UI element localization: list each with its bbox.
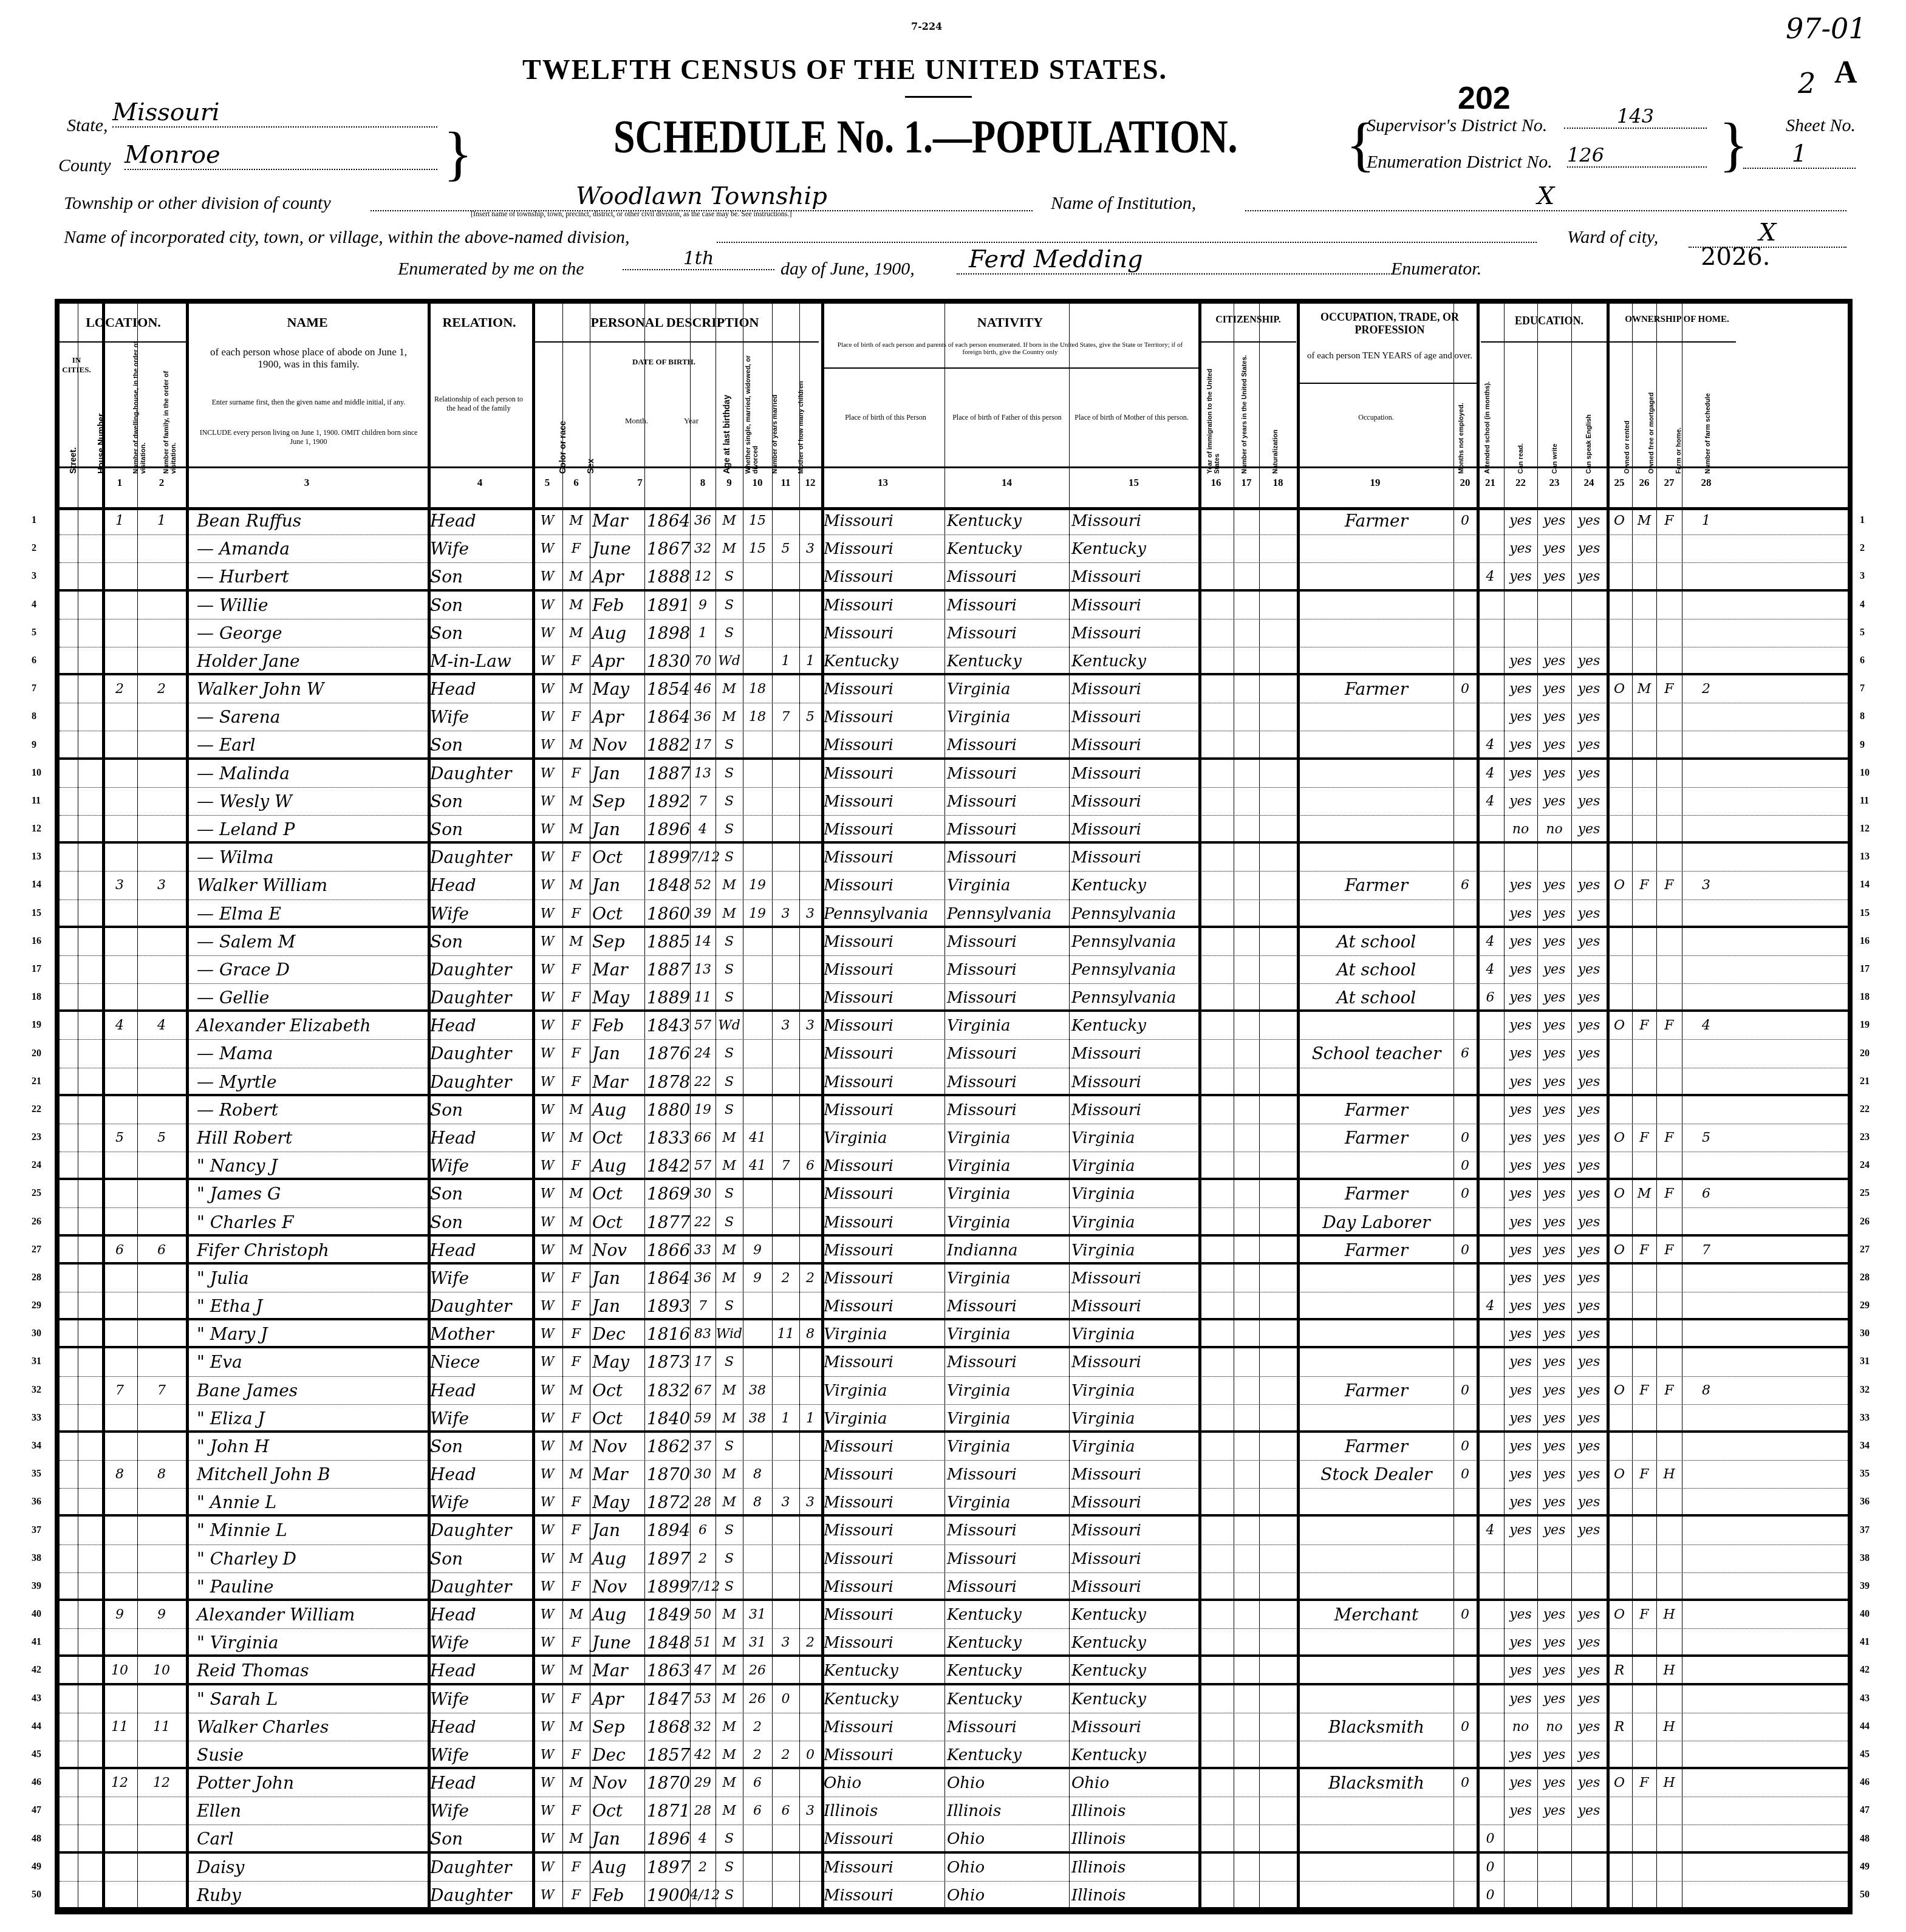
cell-farm xyxy=(1656,1040,1682,1067)
header-citizenship: CITIZENSHIP. xyxy=(1200,315,1296,326)
cell-bp: Illinois xyxy=(821,1797,944,1824)
cell-color: W xyxy=(532,900,562,926)
cell-mar: M xyxy=(716,900,743,926)
vheader-family: Number of family, in the order of visita… xyxy=(163,340,177,474)
cell-cl: 8 xyxy=(799,1320,821,1346)
cell-mar: S xyxy=(716,592,743,619)
cell-mo xyxy=(772,984,799,1009)
cell-eng: yes xyxy=(1571,788,1607,815)
line-number: 14 xyxy=(32,879,41,890)
cell-unemp xyxy=(1453,1825,1477,1851)
cell-bf: Ohio xyxy=(944,1825,1069,1851)
cell-age: 7 xyxy=(690,788,716,815)
cell-fs xyxy=(1682,1545,1730,1572)
vheader-attended-school: Attended school (in months). xyxy=(1484,352,1491,474)
cell-unemp: 0 xyxy=(1453,675,1477,703)
cell-mo xyxy=(772,1237,799,1262)
line-number: 12 xyxy=(1860,824,1870,835)
cell-farm xyxy=(1656,1068,1682,1094)
cell-year: 1830 xyxy=(644,647,690,673)
cell-unemp xyxy=(1453,956,1477,983)
column-number: 17 xyxy=(1234,477,1259,489)
cell-write: yes xyxy=(1537,900,1571,926)
cell-write: yes xyxy=(1537,1096,1571,1124)
cell-fam xyxy=(137,984,186,1009)
line-number: 48 xyxy=(1860,1834,1870,1845)
cell-farm xyxy=(1656,1517,1682,1544)
cell-farm: F xyxy=(1656,1180,1682,1207)
table-row: 11Bean RuffusHeadWMMar186436M15MissouriK… xyxy=(60,507,1848,535)
cell-bm: Virginia xyxy=(1069,1209,1198,1234)
cell-bf: Virginia xyxy=(944,1124,1069,1152)
cell-school xyxy=(1477,1209,1504,1234)
column-number: 18 xyxy=(1259,477,1297,489)
cell-school xyxy=(1477,1545,1504,1572)
township-note: [Insert name of township, town, precinct… xyxy=(471,210,792,219)
cell-bm: Missouri xyxy=(1069,620,1198,647)
column-number: 2 xyxy=(137,477,186,489)
line-number: 5 xyxy=(32,627,36,638)
cell-school xyxy=(1477,1237,1504,1262)
cell-mar: S xyxy=(716,1040,743,1067)
cell-cl: 3 xyxy=(799,1797,821,1824)
cell-bf: Virginia xyxy=(944,1433,1069,1460)
cell-name: " Pauline xyxy=(186,1573,428,1599)
cell-bf: Missouri xyxy=(944,1040,1069,1067)
corner-number: 97-01 xyxy=(1786,12,1867,45)
cell-farm xyxy=(1656,1854,1682,1881)
cell-mar: M xyxy=(716,1461,743,1488)
cell-year: 1887 xyxy=(644,956,690,983)
cell-school xyxy=(1477,1461,1504,1488)
cell-bp: Missouri xyxy=(821,675,944,703)
cell-month: Oct xyxy=(590,900,644,926)
cell-mar: S xyxy=(716,1096,743,1124)
cell-ym: 15 xyxy=(743,507,772,534)
column-divider xyxy=(772,304,773,1910)
cell-name: " Nancy J xyxy=(186,1152,428,1178)
cell-read: yes xyxy=(1504,1068,1537,1094)
line-number: 19 xyxy=(1860,1020,1870,1031)
cell-sex: M xyxy=(562,928,590,955)
cell-eng xyxy=(1571,1825,1607,1851)
cell-bp: Missouri xyxy=(821,1825,944,1851)
cell-bf: Missouri xyxy=(944,1068,1069,1094)
cell-sex: M xyxy=(562,1377,590,1404)
cell-bm: Virginia xyxy=(1069,1124,1198,1152)
line-number: 4 xyxy=(1860,599,1865,610)
cell-own: O xyxy=(1607,1237,1632,1262)
cell-bf: Missouri xyxy=(944,1713,1069,1741)
cell-eng: yes xyxy=(1571,1601,1607,1628)
cell-farm xyxy=(1656,844,1682,871)
cell-write: yes xyxy=(1537,928,1571,955)
cell-write xyxy=(1537,1545,1571,1572)
cell-name: " Sarah L xyxy=(186,1685,428,1713)
cell-month: Oct xyxy=(590,1180,644,1207)
cell-eng xyxy=(1571,620,1607,647)
cell-age: 19 xyxy=(690,1096,716,1124)
cell-month: Aug xyxy=(590,1854,644,1881)
cell-age: 24 xyxy=(690,1040,716,1067)
cell-month: Jan xyxy=(590,760,644,787)
cell-sex: M xyxy=(562,731,590,757)
line-number: 26 xyxy=(1860,1217,1870,1227)
cell-rel: Son xyxy=(428,563,532,589)
cell-ym xyxy=(743,816,772,841)
cell-color: W xyxy=(532,1741,562,1767)
cell-name: " Mary J xyxy=(186,1320,428,1346)
cell-eng: yes xyxy=(1571,1377,1607,1404)
cell-fs: 7 xyxy=(1682,1237,1730,1262)
cell-sex: F xyxy=(562,760,590,787)
cell-dw xyxy=(102,1573,137,1599)
cell-fs xyxy=(1682,1265,1730,1292)
cell-fs xyxy=(1682,984,1730,1009)
cell-school xyxy=(1477,816,1504,841)
cell-age: 28 xyxy=(690,1797,716,1824)
cell-rel: Son xyxy=(428,788,532,815)
cell-own xyxy=(1607,1320,1632,1346)
cell-age: 9 xyxy=(690,592,716,619)
line-number: 3 xyxy=(32,571,36,582)
cell-name: Walker Charles xyxy=(186,1713,428,1741)
column-number: 14 xyxy=(944,477,1069,489)
cell-ym: 38 xyxy=(743,1377,772,1404)
cell-mar: M xyxy=(716,1769,743,1797)
header-name-instr2: INCLUDE every person living on June 1, 1… xyxy=(199,428,418,446)
cell-rel: Son xyxy=(428,928,532,955)
cell-color: W xyxy=(532,1461,562,1488)
cell-bm: Illinois xyxy=(1069,1882,1198,1907)
line-number: 11 xyxy=(32,796,41,807)
cell-sex: M xyxy=(562,620,590,647)
header-location: LOCATION. xyxy=(60,315,187,330)
cell-mar: S xyxy=(716,984,743,1009)
header-name-desc: of each person whose place of abode on J… xyxy=(199,346,418,370)
cell-mar: Wd xyxy=(716,1012,743,1039)
cell-fs xyxy=(1682,1882,1730,1907)
cell-farm: H xyxy=(1656,1601,1682,1628)
cell-name: — Gellie xyxy=(186,984,428,1009)
cell-fam xyxy=(137,1741,186,1767)
cell-rel: Son xyxy=(428,1096,532,1124)
cell-write: yes xyxy=(1537,1405,1571,1430)
cell-bp: Missouri xyxy=(821,956,944,983)
cell-rel: Son xyxy=(428,1433,532,1460)
cell-farm xyxy=(1656,1320,1682,1346)
cell-fam xyxy=(137,1292,186,1318)
cell-age: 4 xyxy=(690,1825,716,1851)
cell-eng: yes xyxy=(1571,1741,1607,1767)
cell-bm: Kentucky xyxy=(1069,1741,1198,1767)
enumerator-label: Enumerator. xyxy=(1391,259,1481,279)
cell-mo xyxy=(772,956,799,983)
cell-read: yes xyxy=(1504,703,1537,731)
cell-farm: H xyxy=(1656,1657,1682,1682)
line-number: 40 xyxy=(1860,1609,1870,1620)
cell-write: yes xyxy=(1537,788,1571,815)
column-number: 16 xyxy=(1198,477,1234,489)
cell-unemp xyxy=(1453,1405,1477,1430)
cell-mo xyxy=(772,1573,799,1599)
header-rule xyxy=(822,367,1198,369)
cell-fs xyxy=(1682,563,1730,589)
cell-age: 30 xyxy=(690,1180,716,1207)
cell-mo: 7 xyxy=(772,1152,799,1178)
cell-own xyxy=(1607,788,1632,815)
cell-name: " Virginia xyxy=(186,1629,428,1654)
cell-ym xyxy=(743,1517,772,1544)
vheader-can-read: Can read. xyxy=(1517,413,1525,474)
cell-fs: 8 xyxy=(1682,1377,1730,1404)
cell-bm: Missouri xyxy=(1069,760,1198,787)
cell-color: W xyxy=(532,1601,562,1628)
column-number: 22 xyxy=(1504,477,1537,489)
table-row: — Leland PSonWMJan18964SMissouriMissouri… xyxy=(60,816,1848,844)
cell-eng: yes xyxy=(1571,1012,1607,1039)
cell-color: W xyxy=(532,844,562,871)
cell-color: W xyxy=(532,872,562,899)
cell-name: " Eliza J xyxy=(186,1405,428,1430)
cell-school xyxy=(1477,1797,1504,1824)
cell-sex: M xyxy=(562,1209,590,1234)
cell-occ xyxy=(1297,1517,1453,1544)
cell-unemp xyxy=(1453,592,1477,619)
table-row: — MamaDaughterWFJan187624SMissouriMissou… xyxy=(60,1040,1848,1068)
line-number: 1 xyxy=(1860,515,1865,526)
cell-unemp: 0 xyxy=(1453,1152,1477,1178)
cell-mar: S xyxy=(716,760,743,787)
line-number: 37 xyxy=(1860,1525,1870,1536)
line-number: 36 xyxy=(32,1497,41,1507)
cell-bm: Virginia xyxy=(1069,1320,1198,1346)
cell-bp: Missouri xyxy=(821,563,944,589)
cell-fs xyxy=(1682,703,1730,731)
cell-name: Ruby xyxy=(186,1882,428,1907)
header-year: Year xyxy=(664,416,719,426)
cell-school: 0 xyxy=(1477,1825,1504,1851)
cell-bm: Pennsylvania xyxy=(1069,956,1198,983)
cell-eng: yes xyxy=(1571,956,1607,983)
cell-mar: Wid xyxy=(716,1320,743,1346)
cell-bp: Missouri xyxy=(821,731,944,757)
cell-mo: 3 xyxy=(772,1012,799,1039)
cell-ym: 19 xyxy=(743,872,772,899)
cell-mar: S xyxy=(716,1068,743,1094)
cell-mo: 1 xyxy=(772,1405,799,1430)
cell-school: 4 xyxy=(1477,731,1504,757)
cell-year: 1864 xyxy=(644,703,690,731)
cell-mo xyxy=(772,1348,799,1376)
cell-dw xyxy=(102,1433,137,1460)
cell-eng: yes xyxy=(1571,1657,1607,1682)
cell-sex: F xyxy=(562,1320,590,1346)
cell-cl xyxy=(799,1461,821,1488)
line-number: 30 xyxy=(1860,1328,1870,1339)
cell-write: yes xyxy=(1537,1741,1571,1767)
cell-ym: 18 xyxy=(743,703,772,731)
cell-rel: Son xyxy=(428,1545,532,1572)
header-birth-father: Place of birth of Father of this person xyxy=(946,413,1068,422)
cell-farm xyxy=(1656,1292,1682,1318)
table-row: " Charles FSonWMOct187722SMissouriVirgin… xyxy=(60,1209,1848,1237)
cell-age: 12 xyxy=(690,563,716,589)
cell-ym: 26 xyxy=(743,1685,772,1713)
cell-bm: Pennsylvania xyxy=(1069,928,1198,955)
cell-month: May xyxy=(590,984,644,1009)
cell-fam xyxy=(137,1489,186,1514)
cell-mo xyxy=(772,760,799,787)
cell-mar: M xyxy=(716,1629,743,1654)
cell-ym xyxy=(743,1433,772,1460)
header-rule xyxy=(533,341,819,343)
line-number: 46 xyxy=(32,1777,41,1788)
header-date-of-birth: DATE OF BIRTH. xyxy=(609,357,719,367)
cell-mort xyxy=(1632,816,1656,841)
cell-write: yes xyxy=(1537,1124,1571,1152)
cell-fs: 1 xyxy=(1682,507,1730,534)
line-number: 6 xyxy=(1860,655,1865,666)
cell-write xyxy=(1537,1854,1571,1881)
cell-month: Nov xyxy=(590,1433,644,1460)
cell-bp: Missouri xyxy=(821,928,944,955)
cell-sex: F xyxy=(562,535,590,562)
cell-year: 1873 xyxy=(644,1348,690,1376)
cell-read: yes xyxy=(1504,731,1537,757)
header-name: NAME xyxy=(188,315,426,330)
cell-school xyxy=(1477,1040,1504,1067)
column-divider xyxy=(1504,304,1505,1910)
cell-unemp xyxy=(1453,563,1477,589)
cell-write: yes xyxy=(1537,1769,1571,1797)
table-row: — MyrtleDaughterWFMar187822SMissouriMiss… xyxy=(60,1068,1848,1096)
table-row: — Elma EWifeWFOct186039M1933Pennsylvania… xyxy=(60,900,1848,928)
cell-month: Mar xyxy=(590,507,644,534)
cell-cl xyxy=(799,1685,821,1713)
cell-school xyxy=(1477,703,1504,731)
cell-color: W xyxy=(532,1348,562,1376)
line-number: 16 xyxy=(32,936,41,947)
line-number: 4 xyxy=(32,599,36,610)
cell-write: yes xyxy=(1537,1012,1571,1039)
cell-bm: Virginia xyxy=(1069,1237,1198,1262)
cell-write: yes xyxy=(1537,1237,1571,1262)
cell-mar: M xyxy=(716,535,743,562)
line-number: 50 xyxy=(1860,1889,1870,1900)
cell-eng: yes xyxy=(1571,1517,1607,1544)
cell-school xyxy=(1477,1124,1504,1152)
cell-write: yes xyxy=(1537,1265,1571,1292)
cell-bp: Missouri xyxy=(821,1741,944,1767)
cell-school: 4 xyxy=(1477,1292,1504,1318)
cell-mort xyxy=(1632,1348,1656,1376)
cell-color: W xyxy=(532,788,562,815)
cell-fam xyxy=(137,1152,186,1178)
cell-rel: Head xyxy=(428,1461,532,1488)
cell-ym xyxy=(743,1096,772,1124)
cell-mo: 3 xyxy=(772,1489,799,1514)
county-value: Monroe xyxy=(125,141,437,170)
cell-rel: Wife xyxy=(428,900,532,926)
cell-name: — Malinda xyxy=(186,760,428,787)
cell-school: 0 xyxy=(1477,1882,1504,1907)
cell-mo: 7 xyxy=(772,703,799,731)
column-divider xyxy=(1259,304,1260,1910)
line-number: 10 xyxy=(32,768,41,779)
cell-write: yes xyxy=(1537,872,1571,899)
column-number: 28 xyxy=(1682,477,1730,489)
cell-name: Susie xyxy=(186,1741,428,1767)
cell-bm: Missouri xyxy=(1069,1068,1198,1094)
cell-color: W xyxy=(532,620,562,647)
cell-color: W xyxy=(532,1685,562,1713)
header-nativity: NATIVITY xyxy=(822,315,1198,330)
cell-mo xyxy=(772,1292,799,1318)
cell-mort: M xyxy=(1632,507,1656,534)
cell-fam xyxy=(137,1882,186,1907)
vheader-free-mortgaged: Owned free or mortgaged xyxy=(1648,352,1655,474)
cell-occ: Farmer xyxy=(1297,1377,1453,1404)
vheader-years-in-us: Number of years in the United States. xyxy=(1241,352,1248,474)
cell-mort: M xyxy=(1632,675,1656,703)
cell-color: W xyxy=(532,507,562,534)
header-relation-desc: Relationship of each person to the head … xyxy=(433,395,524,413)
cell-bp: Missouri xyxy=(821,1209,944,1234)
header-occupation-desc: of each person TEN YEARS of age and over… xyxy=(1305,351,1475,361)
cell-sex: F xyxy=(562,844,590,871)
cell-sex: F xyxy=(562,1629,590,1654)
cell-dw xyxy=(102,1152,137,1178)
cell-mort xyxy=(1632,647,1656,673)
cell-year: 1833 xyxy=(644,1124,690,1152)
cell-eng: yes xyxy=(1571,984,1607,1009)
cell-eng: yes xyxy=(1571,535,1607,562)
cell-own: O xyxy=(1607,507,1632,534)
cell-eng: yes xyxy=(1571,1461,1607,1488)
cell-own: R xyxy=(1607,1657,1632,1682)
cell-school xyxy=(1477,1152,1504,1178)
cell-name: " Charley D xyxy=(186,1545,428,1572)
cell-farm xyxy=(1656,1489,1682,1514)
column-divider xyxy=(1198,304,1201,1910)
cell-read: yes xyxy=(1504,1012,1537,1039)
cell-mar: M xyxy=(716,507,743,534)
cell-bf: Ohio xyxy=(944,1854,1069,1881)
cell-name: — Hurbert xyxy=(186,563,428,589)
cell-fs: 2 xyxy=(1682,675,1730,703)
cell-name: " Etha J xyxy=(186,1292,428,1318)
cell-ym xyxy=(743,1854,772,1881)
cell-mort xyxy=(1632,1657,1656,1682)
cell-month: Feb xyxy=(590,1882,644,1907)
cell-fs xyxy=(1682,1461,1730,1488)
cell-month: Jan xyxy=(590,1517,644,1544)
cell-own xyxy=(1607,1854,1632,1881)
cell-bp: Ohio xyxy=(821,1769,944,1797)
cell-occ xyxy=(1297,900,1453,926)
header-education: EDUCATION. xyxy=(1481,315,1617,327)
form-stamp: 7-224 xyxy=(911,21,942,32)
cell-mar: S xyxy=(716,1545,743,1572)
column-number: 23 xyxy=(1537,477,1571,489)
cell-month: Feb xyxy=(590,592,644,619)
cell-school xyxy=(1477,1741,1504,1767)
cell-bp: Missouri xyxy=(821,760,944,787)
cell-ym: 41 xyxy=(743,1124,772,1152)
cell-occ: Blacksmith xyxy=(1297,1769,1453,1797)
cell-mort xyxy=(1632,1713,1656,1741)
